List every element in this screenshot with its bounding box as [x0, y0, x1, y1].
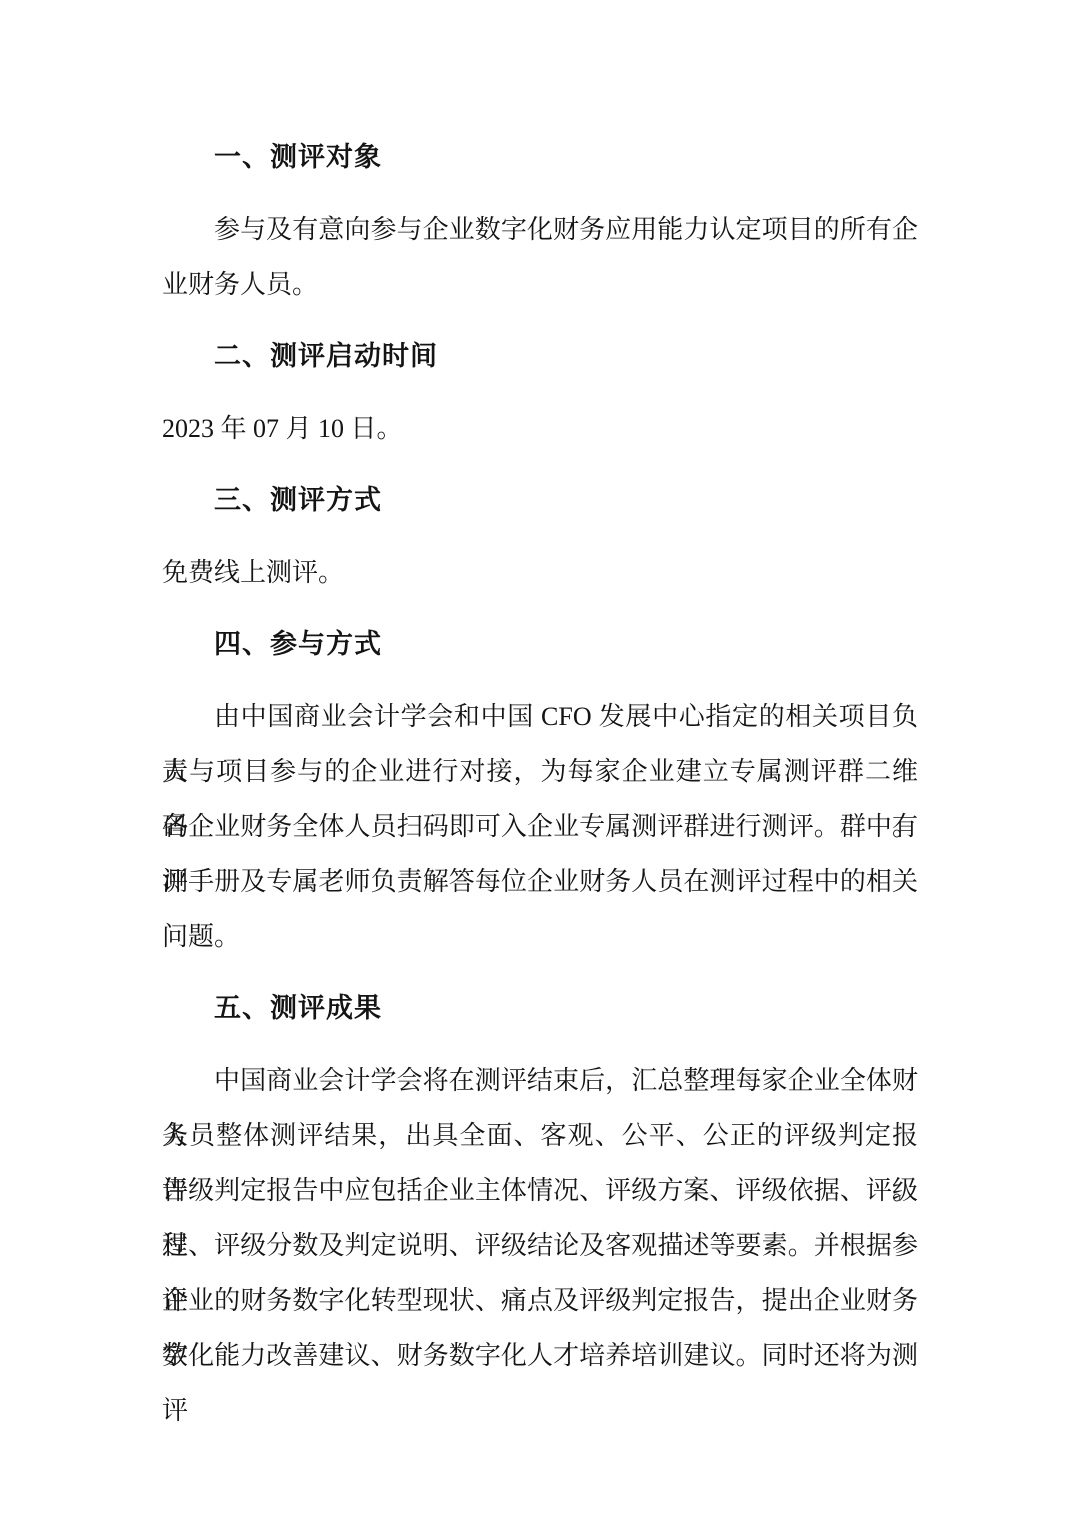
paragraph-line: 中国商业会计学会将在测评结束后，汇总整理每家企业全体财务	[162, 1053, 918, 1108]
paragraph-line: 评级判定报告中应包括企业主体情况、评级方案、评级依据、评级过	[162, 1163, 918, 1218]
paragraph-line: 字化能力改善建议、财务数字化人才培养培训建议。同时还将为测评	[162, 1328, 918, 1383]
paragraph-line: 人员整体测评结果，出具全面、客观、公平、公正的评级判定报告。	[162, 1108, 918, 1163]
section-heading: 四、参与方式	[162, 617, 918, 672]
paragraph-line: 人与项目参与的企业进行对接，为每家企业建立专属测评群二维码。	[162, 744, 918, 799]
paragraph-line: 由中国商业会计学会和中国 CFO 发展中心指定的相关项目负责	[162, 689, 918, 744]
paragraph-line: 参与及有意向参与企业数字化财务应用能力认定项目的所有企	[162, 202, 918, 257]
paragraph-line: 评手册及专属老师负责解答每位企业财务人员在测评过程中的相关	[162, 854, 918, 909]
paragraph-line: 各企业财务全体人员扫码即可入企业专属测评群进行测评。群中有测	[162, 799, 918, 854]
section-paragraph: 免费线上测评。	[162, 545, 918, 600]
section-paragraph: 中国商业会计学会将在测评结束后，汇总整理每家企业全体财务 人员整体测评结果，出具…	[162, 1053, 918, 1383]
section-heading: 一、测评对象	[162, 130, 918, 185]
paragraph-line: 企业的财务数字化转型现状、痛点及评级判定报告，提出企业财务数	[162, 1273, 918, 1328]
document-page: 一、测评对象 参与及有意向参与企业数字化财务应用能力认定项目的所有企 业财务人员…	[0, 0, 1080, 1527]
paragraph-line: 免费线上测评。	[162, 545, 918, 600]
section-heading: 五、测评成果	[162, 981, 918, 1036]
section-paragraph: 参与及有意向参与企业数字化财务应用能力认定项目的所有企 业财务人员。	[162, 202, 918, 312]
paragraph-line: 2023 年 07 月 10 日。	[162, 401, 918, 456]
section-paragraph: 由中国商业会计学会和中国 CFO 发展中心指定的相关项目负责 人与项目参与的企业…	[162, 689, 918, 964]
paragraph-line: 业财务人员。	[162, 257, 918, 312]
section-paragraph: 2023 年 07 月 10 日。	[162, 401, 918, 456]
paragraph-line: 问题。	[162, 909, 918, 964]
section-heading: 三、测评方式	[162, 473, 918, 528]
section-heading: 二、测评启动时间	[162, 329, 918, 384]
paragraph-line: 程、评级分数及判定说明、评级结论及客观描述等要素。并根据参评	[162, 1218, 918, 1273]
